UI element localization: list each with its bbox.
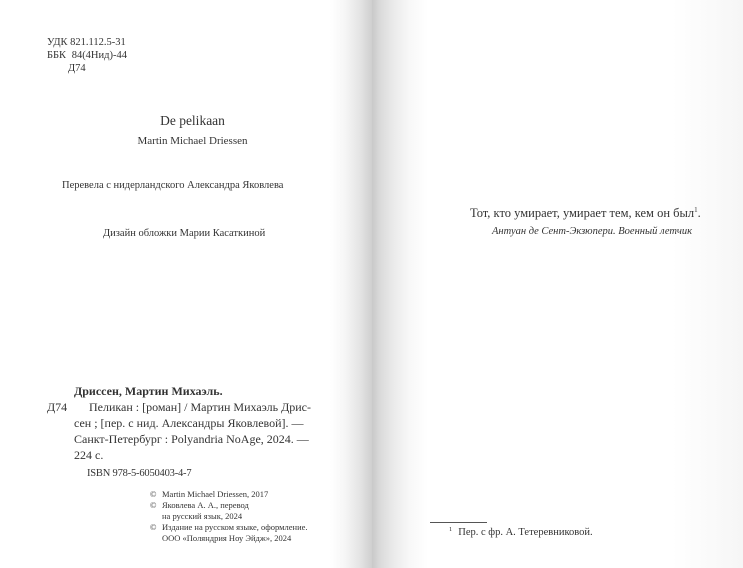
bbk-row: ББК 84(4Нид)-44 [47,49,127,62]
catalog-line: Пеликан : [роман] / Мартин Михаэль Дрис- [74,399,311,415]
footnote: 1Пер. с фр. А. Тетеревниковой. [449,526,593,538]
udk-label: УДК [47,37,68,48]
copyright-item: © Martin Michael Driessen, 2017 [150,489,308,500]
catalog-description: Пеликан : [роман] / Мартин Михаэль Дрис-… [74,399,311,463]
bbk-label: ББК [47,50,66,61]
footnote-mark: 1 [449,526,452,533]
epigraph-text: Тот, кто умирает, умирает тем, кем он бы… [470,206,694,220]
left-page: УДК 821.112.5-31 ББК 84(4Нид)-44 Д74 De … [0,0,372,568]
epigraph-source: Антуан де Сент-Экзюпери. Военный летчик [492,226,692,237]
catalog-line: Санкт-Петербург : Polyandria NoAge, 2024… [74,431,311,447]
author-mark: Д74 [47,62,127,75]
copyright-line: Издание на русском языке, оформление. [162,522,308,533]
original-title: De pelikaan [110,113,275,129]
udk-value: 821.112.5-31 [70,37,126,48]
copyright-icon: © [150,489,156,500]
isbn: ISBN 978-5-6050403-4-7 [87,466,311,482]
copyright-item: © Яковлева А. А., перевод на русский язы… [150,500,308,522]
bbk-value: 84(4Нид)-44 [72,50,127,61]
epigraph-end: . [698,206,701,220]
epigraph: Тот, кто умирает, умирает тем, кем он бы… [470,206,701,221]
copyright-line: Martin Michael Driessen, 2017 [162,489,308,500]
translator-credit: Перевела с нидерландского Александра Яко… [62,180,283,191]
right-page [372,0,743,568]
original-author: Martin Michael Driessen [90,135,295,147]
catalog-line: сен ; [пер. с нид. Александры Яковлевой]… [74,415,311,431]
footnote-divider [430,522,487,523]
copyright-block: © Martin Michael Driessen, 2017 © Яковле… [150,489,308,544]
footnote-text: Пер. с фр. А. Тетеревниковой. [458,527,592,538]
udk-row: УДК 821.112.5-31 [47,36,127,49]
catalog-line: 224 с. [74,447,311,463]
copyright-icon: © [150,500,156,511]
catalog-card: Дриссен, Мартин Михаэль. Д74 Пеликан : [… [47,383,311,482]
book-spread: УДК 821.112.5-31 ББК 84(4Нид)-44 Д74 De … [0,0,743,568]
cover-design-credit: Дизайн обложки Марии Касаткиной [103,228,265,239]
copyright-line: на русский язык, 2024 [162,511,308,522]
classification-block: УДК 821.112.5-31 ББК 84(4Нид)-44 Д74 [47,36,127,75]
copyright-item: © Издание на русском языке, оформление. … [150,522,308,544]
catalog-code: Д74 [47,399,67,415]
copyright-line: ООО «Поляндрия Ноу Эйдж», 2024 [162,533,308,544]
copyright-line: Яковлева А. А., перевод [162,500,308,511]
copyright-icon: © [150,522,156,533]
catalog-heading: Дриссен, Мартин Михаэль. [74,383,311,399]
